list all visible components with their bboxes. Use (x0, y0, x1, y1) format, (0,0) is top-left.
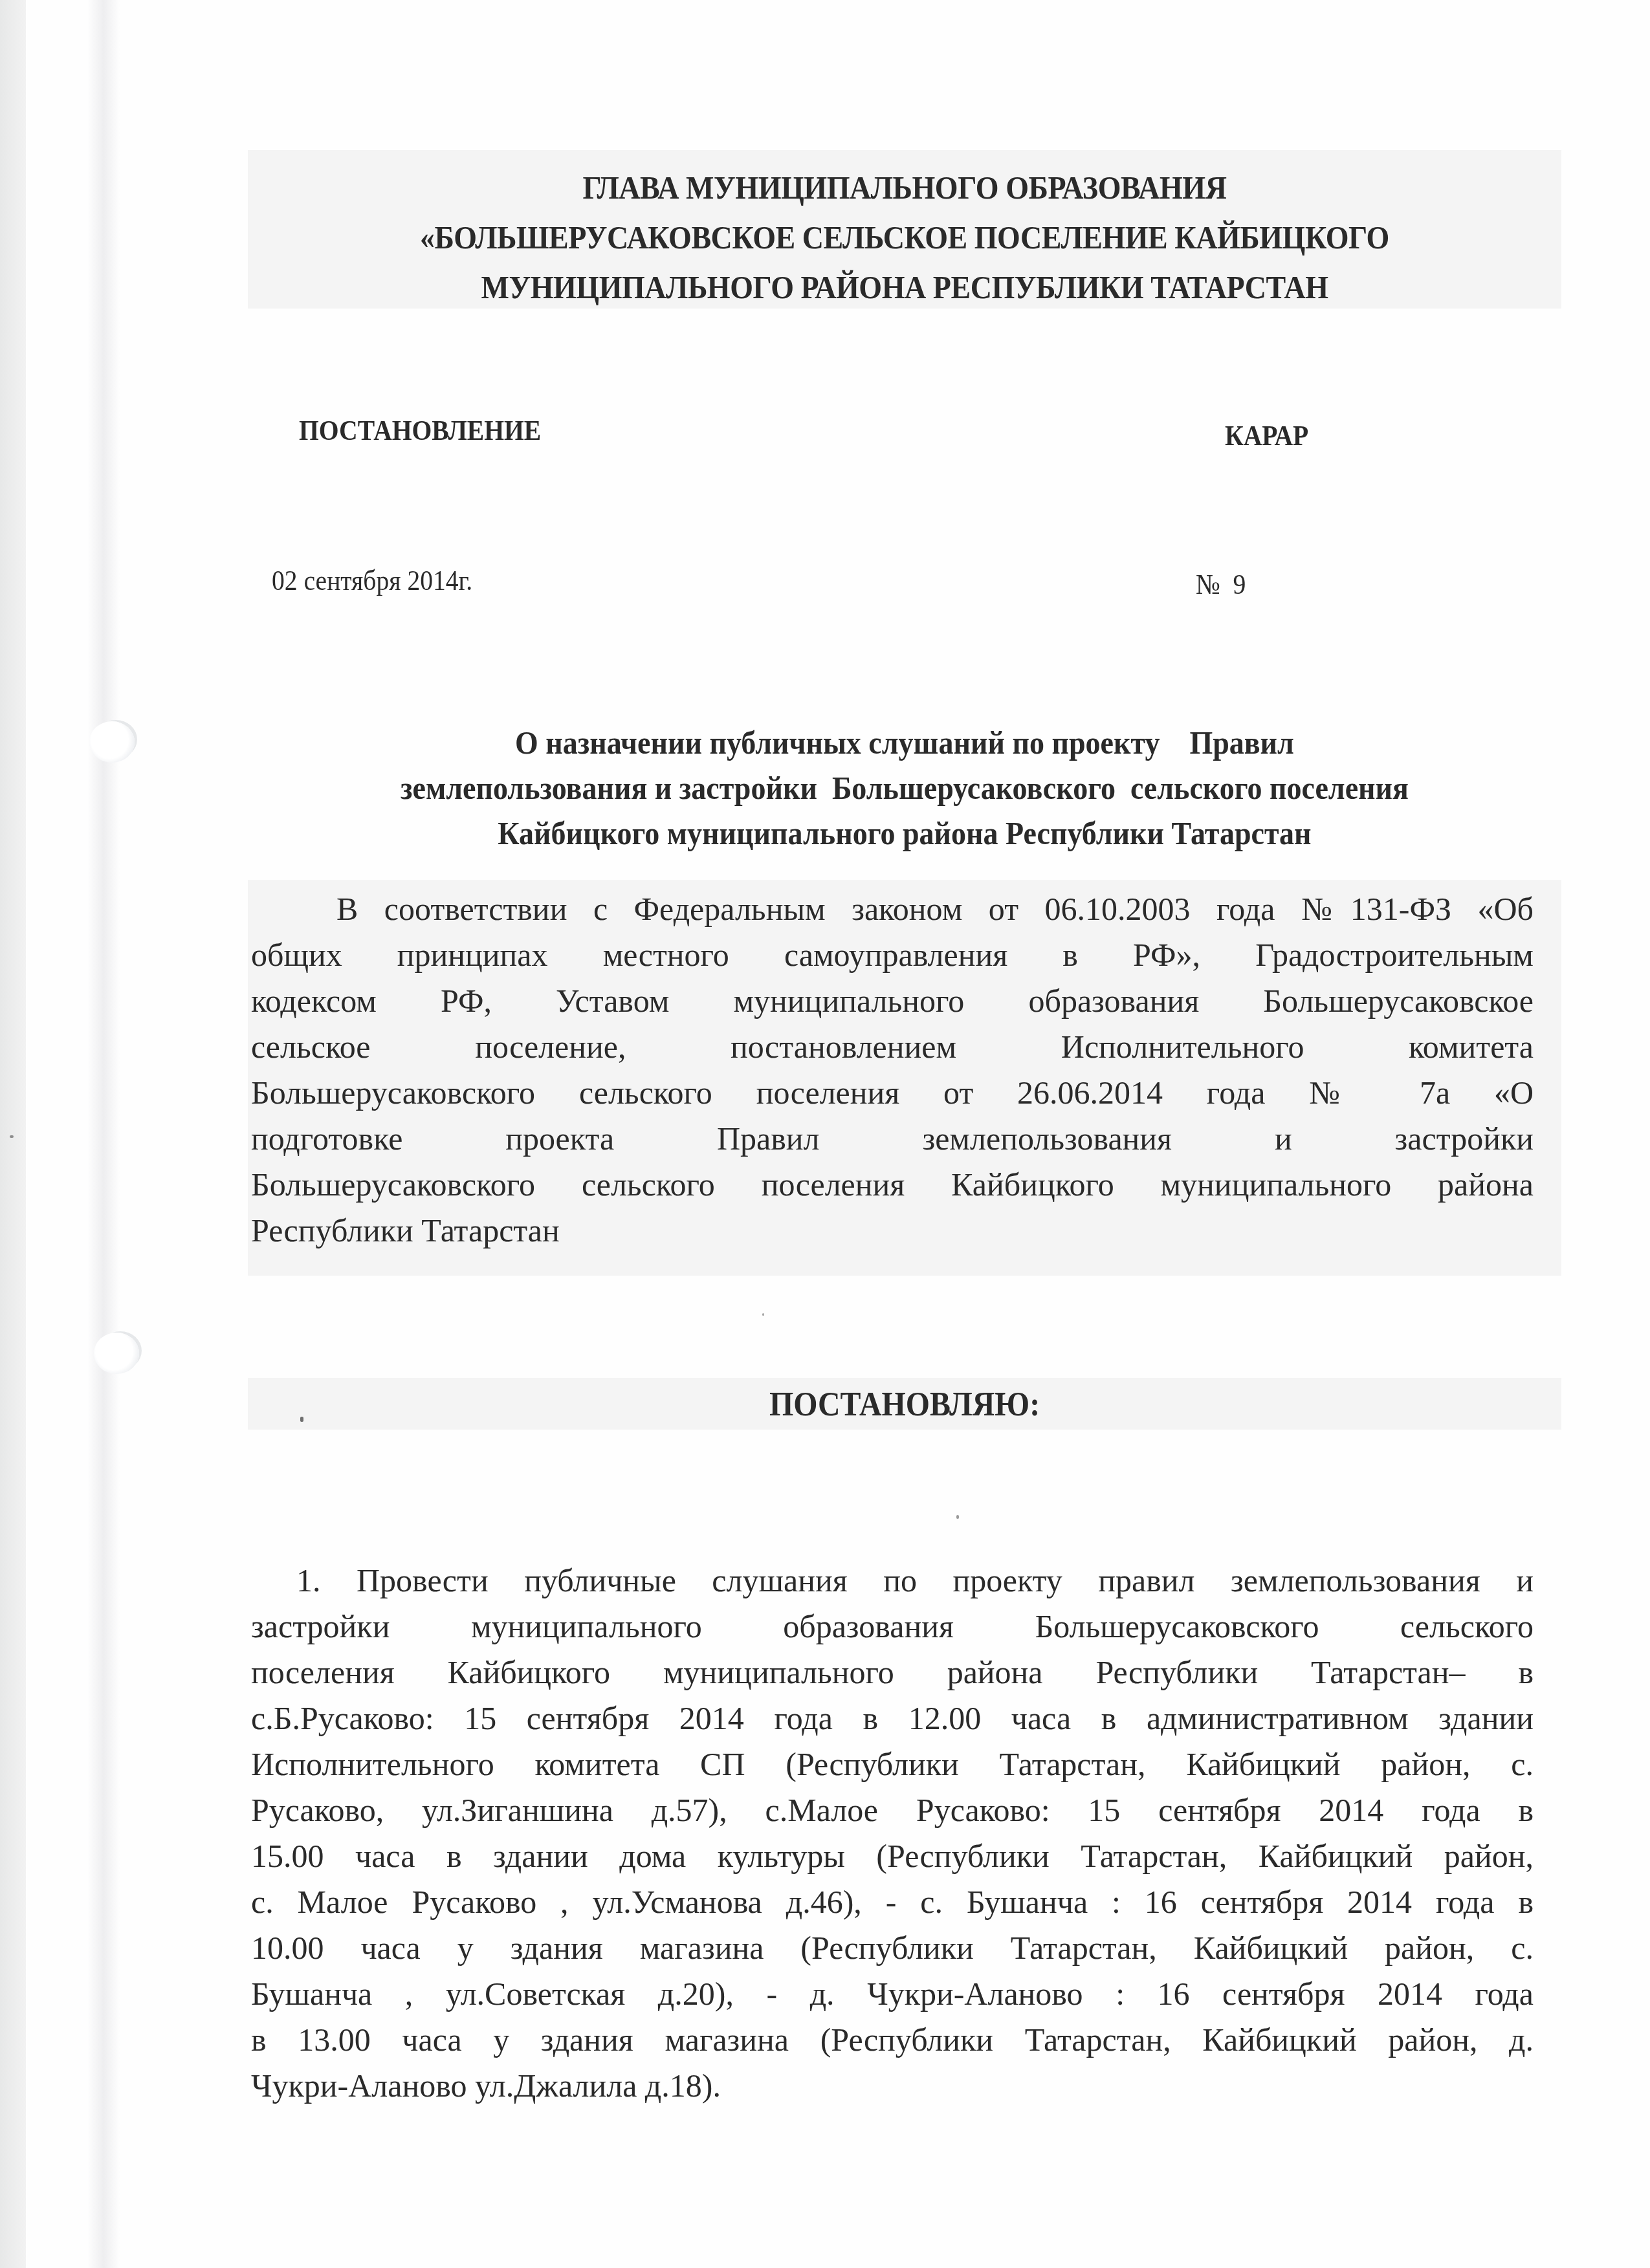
document-subject: О назначении публичных слушаний по проек… (300, 720, 1509, 856)
scan-speck (956, 1515, 959, 1519)
document-page: ГЛАВА МУНИЦИПАЛЬНОГО ОБРАЗОВАНИЯ «БОЛЬШЕ… (0, 0, 1650, 2268)
paragraph-line: 10.00 часа у здания магазина (Республики… (251, 1925, 1534, 1971)
paragraph-line: Бушанча , ул.Советская д.20), - д. Чукри… (251, 1971, 1534, 2017)
document-number: № 9 (1196, 568, 1246, 601)
document-date: 02 сентября 2014г. (272, 564, 472, 597)
paragraph-line: застройки муниципального образования Бол… (251, 1604, 1534, 1650)
paragraph-line: с. Малое Русаково , ул.Усманова д.46), -… (251, 1879, 1534, 1925)
paragraph-line: с.Б.Русаково: 15 сентября 2014 года в 12… (251, 1696, 1534, 1741)
paragraph-line: сельское поселение, постановлением Испол… (251, 1024, 1534, 1070)
paragraph-line: общих принципах местного самоуправления … (251, 932, 1534, 978)
subject-line: Кайбицкого муниципального района Республ… (300, 811, 1509, 856)
scan-speck (300, 1417, 303, 1422)
scan-speck (10, 1135, 14, 1138)
subject-line: землепользования и застройки Большерусак… (300, 765, 1509, 811)
subject-line: О назначении публичных слушаний по проек… (300, 720, 1509, 765)
authority-header: ГЛАВА МУНИЦИПАЛЬНОГО ОБРАЗОВАНИЯ «БОЛЬШЕ… (300, 163, 1509, 312)
paragraph-line: В соответствии с Федеральным законом от … (251, 886, 1534, 932)
header-line: «БОЛЬШЕРУСАКОВСКОЕ СЕЛЬСКОЕ ПОСЕЛЕНИЕ КА… (300, 213, 1509, 263)
paragraph-line: 15.00 часа в здании дома культуры (Респу… (251, 1833, 1534, 1879)
decree-item-1: 1. Провести публичные слушания по проект… (251, 1558, 1534, 2109)
header-line: МУНИЦИПАЛЬНОГО РАЙОНА РЕСПУБЛИКИ ТАТАРСТ… (300, 263, 1509, 312)
paragraph-line: подготовке проекта Правил землепользован… (251, 1116, 1534, 1162)
paragraph-line: поселения Кайбицкого муниципального райо… (251, 1650, 1534, 1696)
header-line: ГЛАВА МУНИЦИПАЛЬНОГО ОБРАЗОВАНИЯ (300, 163, 1509, 213)
paper-fold-shadow (87, 0, 120, 2268)
doc-type-tatar: КАРАР (1225, 419, 1308, 452)
punch-hole-icon (94, 1333, 139, 1374)
punch-hole-icon (89, 721, 135, 763)
paragraph-line: Исполнительного комитета СП (Республики … (251, 1741, 1534, 1787)
paragraph-line: Русаково, ул.Зиганшина д.57), с.Малое Ру… (251, 1787, 1534, 1833)
paragraph-line: 1. Провести публичные слушания по проект… (251, 1558, 1534, 1604)
decree-heading: ПОСТАНОВЛЯЮ: (300, 1386, 1509, 1424)
paragraph-line: Большерусаковского сельского поселения К… (251, 1162, 1534, 1208)
paragraph-line: в 13.00 часа у здания магазина (Республи… (251, 2017, 1534, 2063)
paragraph-line: Чукри-Аланово ул.Джалила д.18). (251, 2063, 1534, 2109)
scan-speck (762, 1313, 764, 1316)
paragraph-line: Большерусаковского сельского поселения о… (251, 1070, 1534, 1116)
doc-type-russian: ПОСТАНОВЛЕНИЕ (299, 414, 541, 447)
paragraph-line: кодексом РФ, Уставом муниципального обра… (251, 978, 1534, 1024)
preamble-paragraph: В соответствии с Федеральным законом от … (251, 886, 1534, 1254)
scan-edge (0, 0, 26, 2268)
paragraph-line: Республики Татарстан (251, 1208, 1534, 1254)
